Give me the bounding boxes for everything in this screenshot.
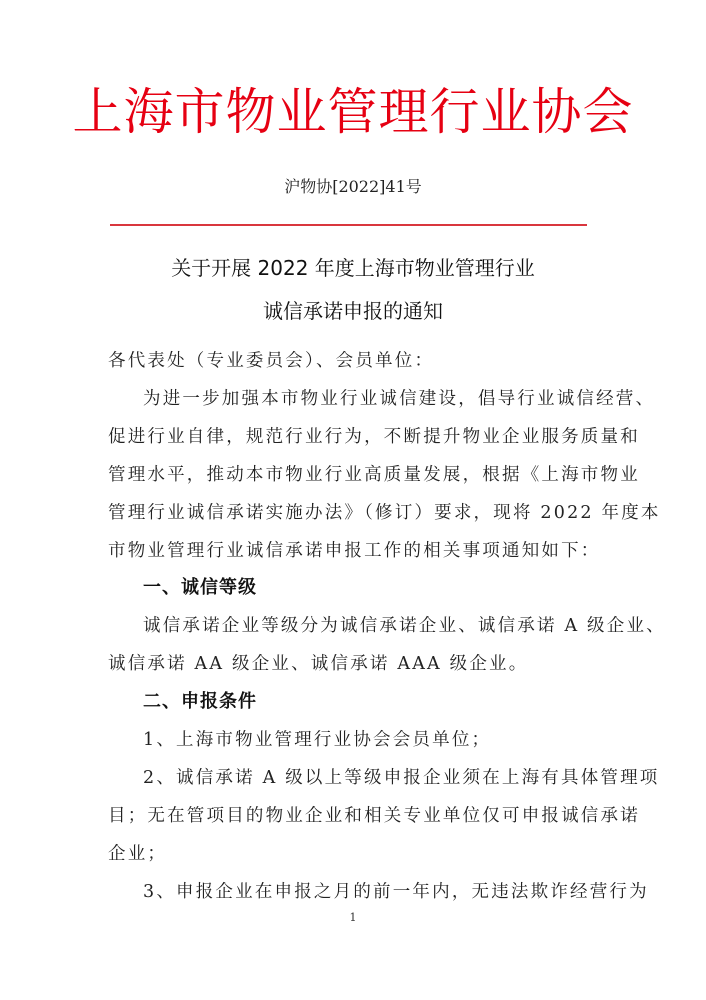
notice-title-line-2: 诚信承诺申报的通知 xyxy=(0,297,706,325)
section-line: 2、诚信承诺 A 级以上等级申报企业须在上海有具体管理项 xyxy=(143,765,660,791)
section-heading-application-conditions: 二、申报条件 xyxy=(143,689,257,715)
salutation: 各代表处（专业委员会）、会员单位： xyxy=(108,348,434,374)
section-line: 诚信承诺企业等级分为诚信承诺企业、诚信承诺 A 级企业、 xyxy=(143,613,666,639)
intro-line: 促进行业自律，规范行业行为，不断提升物业企业服务质量和 xyxy=(108,424,640,450)
intro-line: 管理水平，推动本市物业行业高质量发展，根据《上海市物业 xyxy=(108,462,640,488)
intro-line: 市物业管理行业诚信承诺申报工作的相关事项通知如下： xyxy=(108,538,601,564)
intro-line: 为进一步加强本市物业行业诚信建设，倡导行业诚信经营、 xyxy=(143,386,655,412)
section-line: 企业； xyxy=(108,841,167,867)
document-number: 沪物协[2022]41号 xyxy=(0,176,706,198)
section-line: 目；无在管项目的物业企业和相关专业单位仅可申报诚信承诺 xyxy=(108,803,640,829)
organization-title: 上海市物业管理行业协会 xyxy=(0,82,706,142)
document-page: 上海市物业管理行业协会 沪物协[2022]41号 关于开展 2022 年度上海市… xyxy=(0,0,706,1000)
section-heading-integrity-levels: 一、诚信等级 xyxy=(143,575,257,601)
section-line: 1、上海市物业管理行业协会会员单位； xyxy=(143,727,491,753)
section-line: 3、申报企业在申报之月的前一年内，无违法欺诈经营行为 xyxy=(143,879,649,905)
page-number: 1 xyxy=(0,911,706,924)
intro-line: 管理行业诚信承诺实施办法》（修订）要求，现将 2022 年度本 xyxy=(108,500,661,526)
notice-title-line-1: 关于开展 2022 年度上海市物业管理行业 xyxy=(0,254,706,282)
section-line: 诚信承诺 AA 级企业、诚信承诺 AAA 级企业。 xyxy=(108,651,528,677)
header-divider xyxy=(110,224,587,226)
